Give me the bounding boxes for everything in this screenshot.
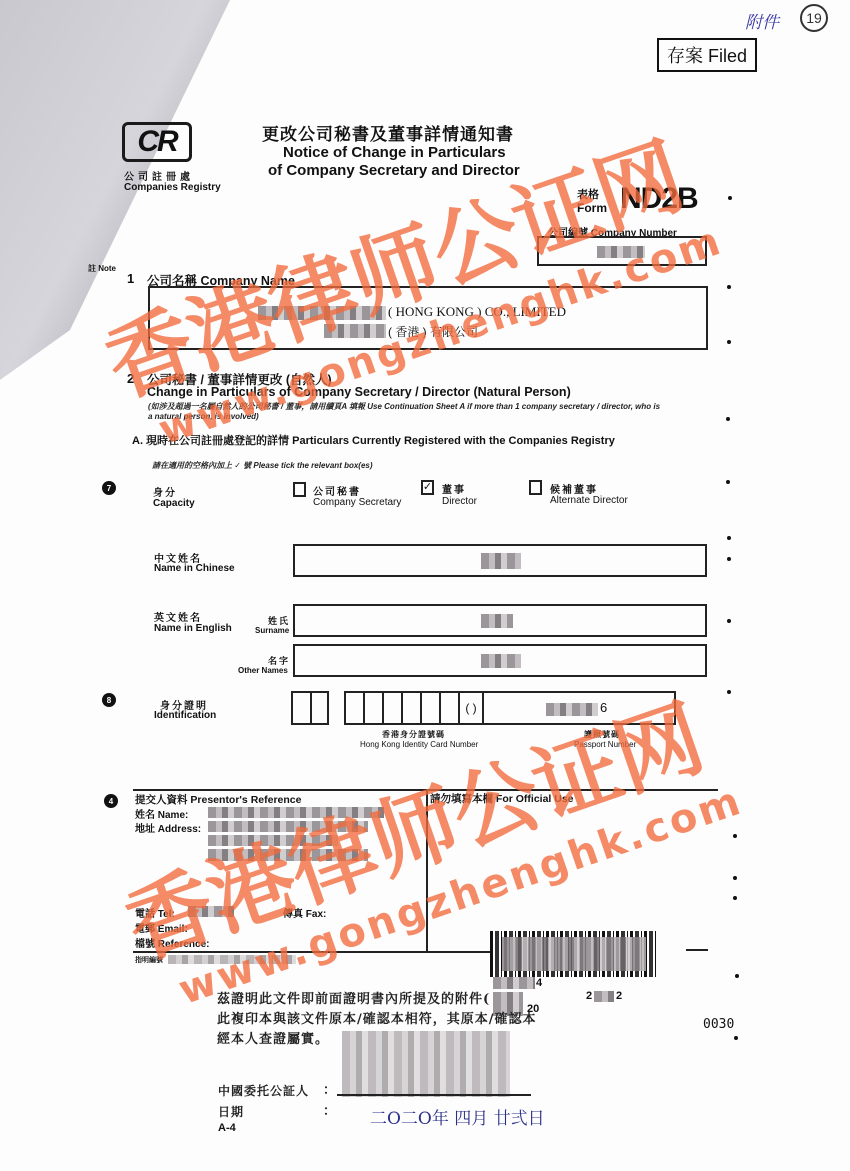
notary-label: 中國委托公証人 <box>218 1080 309 1102</box>
date-label: 日期 <box>218 1101 244 1123</box>
cr-logo: CR <box>122 122 192 162</box>
redacted-official-code <box>493 977 535 989</box>
name-chinese-field <box>293 544 707 577</box>
margin-dot <box>728 196 732 200</box>
identification-label-en: Identification <box>154 710 216 721</box>
presentor-title: 提交人資料 Presentor's Reference <box>135 792 301 807</box>
official-code-a: 4 <box>536 977 542 989</box>
hkid-cell <box>363 691 382 725</box>
margin-dot <box>727 536 731 540</box>
margin-dot <box>727 285 731 289</box>
redacted-passport-number <box>546 703 598 716</box>
hkid-check-digit: ( ) <box>458 691 482 725</box>
capacity-label-en: Capacity <box>153 498 195 509</box>
redacted-footer <box>168 955 296 964</box>
redacted-company-number <box>597 246 645 258</box>
section-2-number: 2 <box>127 371 134 386</box>
redacted-notary-signature <box>342 1031 510 1097</box>
margin-dot <box>735 974 739 978</box>
name-english-label-en: Name in English <box>154 623 232 634</box>
certification-line1: 茲證明此文件即前面證明書內所提及的附件( <box>217 989 490 1011</box>
margin-dot <box>727 557 731 561</box>
redacted-other-names <box>481 654 521 668</box>
margin-dot <box>727 690 731 694</box>
page-ref: A-4 <box>218 1122 236 1134</box>
check-mark-icon: ✓ <box>423 482 432 493</box>
form-code: ND2B <box>620 182 698 216</box>
hkid-prefix-cells <box>291 691 329 725</box>
surname-label-en: Surname <box>255 626 289 635</box>
hkid-cell <box>420 691 439 725</box>
form-title-en-line2: of Company Secretary and Director <box>268 162 520 179</box>
marker-4: 4 <box>104 794 118 808</box>
note-label: 註 Note <box>88 263 116 274</box>
subsection-a-title: A. 現時在公司註冊處登記的詳情 Particulars Currently R… <box>132 432 615 448</box>
margin-dot <box>727 340 731 344</box>
margin-dot <box>733 834 737 838</box>
presentor-name-label: 姓名 Name: <box>135 806 188 821</box>
company-secretary-label-en: Company Secretary <box>313 497 401 508</box>
presentor-email-label: 電郵 Email: <box>135 920 188 935</box>
margin-dot <box>726 417 730 421</box>
redacted-name-chinese <box>481 553 521 569</box>
marker-7: 7 <box>102 481 116 495</box>
official-use-title: 請勿填寫本欄 For Official Use <box>430 791 574 806</box>
alternate-director-checkbox[interactable] <box>529 480 542 495</box>
redacted-address-line1 <box>208 821 368 832</box>
company-name-field: ( HONG KONG ) CO., LIMITED ( 香港 ) 有限公司 <box>148 286 708 350</box>
tick-instruction: 請在適用的空格內加上 ✓ 號 Please tick the relevant … <box>152 460 373 471</box>
hkid-digit-cells: ( ) 6 <box>344 691 676 725</box>
annex-label: 附件 <box>745 8 779 33</box>
form-title-en-line1: Notice of Change in Particulars <box>283 144 506 161</box>
official-code-c: 2 <box>586 990 592 1002</box>
presentor-tel-label: 電話 Tel: <box>135 905 175 920</box>
redacted-presentor-name <box>208 807 384 818</box>
hkid-cell <box>401 691 420 725</box>
redacted-surname <box>481 614 513 628</box>
margin-dot <box>734 1036 738 1040</box>
other-names-field <box>293 644 707 677</box>
margin-dot <box>727 619 731 623</box>
hkid-cell <box>439 691 458 725</box>
page-counter: 0030 <box>703 1017 734 1032</box>
filed-stamp: 存案 Filed <box>657 38 757 72</box>
section-2-title-en: Change in Particulars of Company Secreta… <box>147 385 571 399</box>
margin-dot <box>733 896 737 900</box>
director-label-en: Director <box>442 496 477 507</box>
surname-field <box>293 604 707 637</box>
presentor-footer-label: 指明編號 <box>135 955 163 965</box>
other-names-label-en: Other Names <box>238 666 288 675</box>
rule <box>686 949 708 951</box>
company-number-field <box>537 236 707 266</box>
capacity-label-zh: 身分 <box>153 484 177 499</box>
official-use-divider <box>426 789 428 951</box>
marker-8: 8 <box>102 693 116 707</box>
redacted-tel <box>188 906 234 917</box>
company-secretary-label-zh: 公司秘書 <box>313 483 361 498</box>
alternate-director-label-en: Alternate Director <box>550 495 628 506</box>
hkid-cell <box>291 691 310 725</box>
redacted-address-line3 <box>208 849 368 861</box>
notary-colon: ： <box>323 1080 337 1102</box>
company-name-zh-suffix: ( 香港 ) 有限公司 <box>388 323 478 340</box>
hkid-cell <box>344 691 363 725</box>
name-english-label-zh: 英文姓名 <box>154 609 202 624</box>
certification-line2: 此複印本與該文件原本/確認本相符，其原本/確認本 <box>217 1009 537 1031</box>
passport-label-en: Passport Number <box>574 740 636 749</box>
hkid-cell <box>310 691 329 725</box>
hkid-cell <box>382 691 401 725</box>
annex-number: 19 <box>800 4 828 32</box>
redacted-company-name-zh <box>324 324 386 338</box>
certification-line3: 經本人查證屬實。 <box>217 1029 329 1051</box>
registry-name-zh: 公司註冊處 <box>124 168 194 183</box>
presentor-bottom-rule <box>133 951 523 953</box>
passport-number-suffix: 6 <box>600 700 607 715</box>
form-title-zh: 更改公司秘書及董事詳情通知書 <box>262 120 514 145</box>
notary-signature-line <box>337 1094 531 1096</box>
redacted-official-code-3 <box>594 991 614 1002</box>
form-label-zh: 表格 <box>577 186 599 202</box>
company-secretary-checkbox[interactable] <box>293 482 306 497</box>
hkid-label-zh: 香港身分證號碼 <box>382 729 445 740</box>
form-label-en: Form <box>577 201 607 215</box>
name-chinese-label-en: Name in Chinese <box>154 563 235 574</box>
section-2-note-cont: a natural person, is involved) <box>148 412 259 421</box>
passport-label-zh: 護照號碼 <box>584 729 620 740</box>
hkid-label-en: Hong Kong Identity Card Number <box>360 740 478 749</box>
barcode <box>490 931 656 977</box>
date-value: 二O二O年 四月 廿弍日 <box>370 1104 545 1129</box>
presentor-fax-label: 傳真 Fax: <box>283 905 326 920</box>
redacted-address-line2 <box>208 835 338 846</box>
section-1-number: 1 <box>127 271 134 286</box>
alternate-director-label-zh: 候補董事 <box>550 481 598 496</box>
director-checkbox[interactable]: ✓ <box>421 480 434 495</box>
registry-name-en: Companies Registry <box>124 182 221 193</box>
redacted-company-name-en <box>258 306 386 320</box>
margin-dot <box>726 480 730 484</box>
margin-dot <box>733 876 737 880</box>
presentor-address-label: 地址 Address: <box>135 820 201 835</box>
company-name-en-suffix: ( HONG KONG ) CO., LIMITED <box>388 304 566 320</box>
presentor-reference-label: 檔號 Reference: <box>135 935 209 950</box>
redacted-barcode <box>502 937 646 971</box>
official-code-c-end: 2 <box>616 990 622 1002</box>
date-colon: ： <box>323 1101 337 1123</box>
passport-number-field: 6 <box>482 691 676 725</box>
section-2-note: (如涉及超過一名屬自然人的公司秘書 / 董事，請用續頁A 填報 Use Cont… <box>148 401 660 412</box>
director-label-zh: 董事 <box>442 481 466 496</box>
